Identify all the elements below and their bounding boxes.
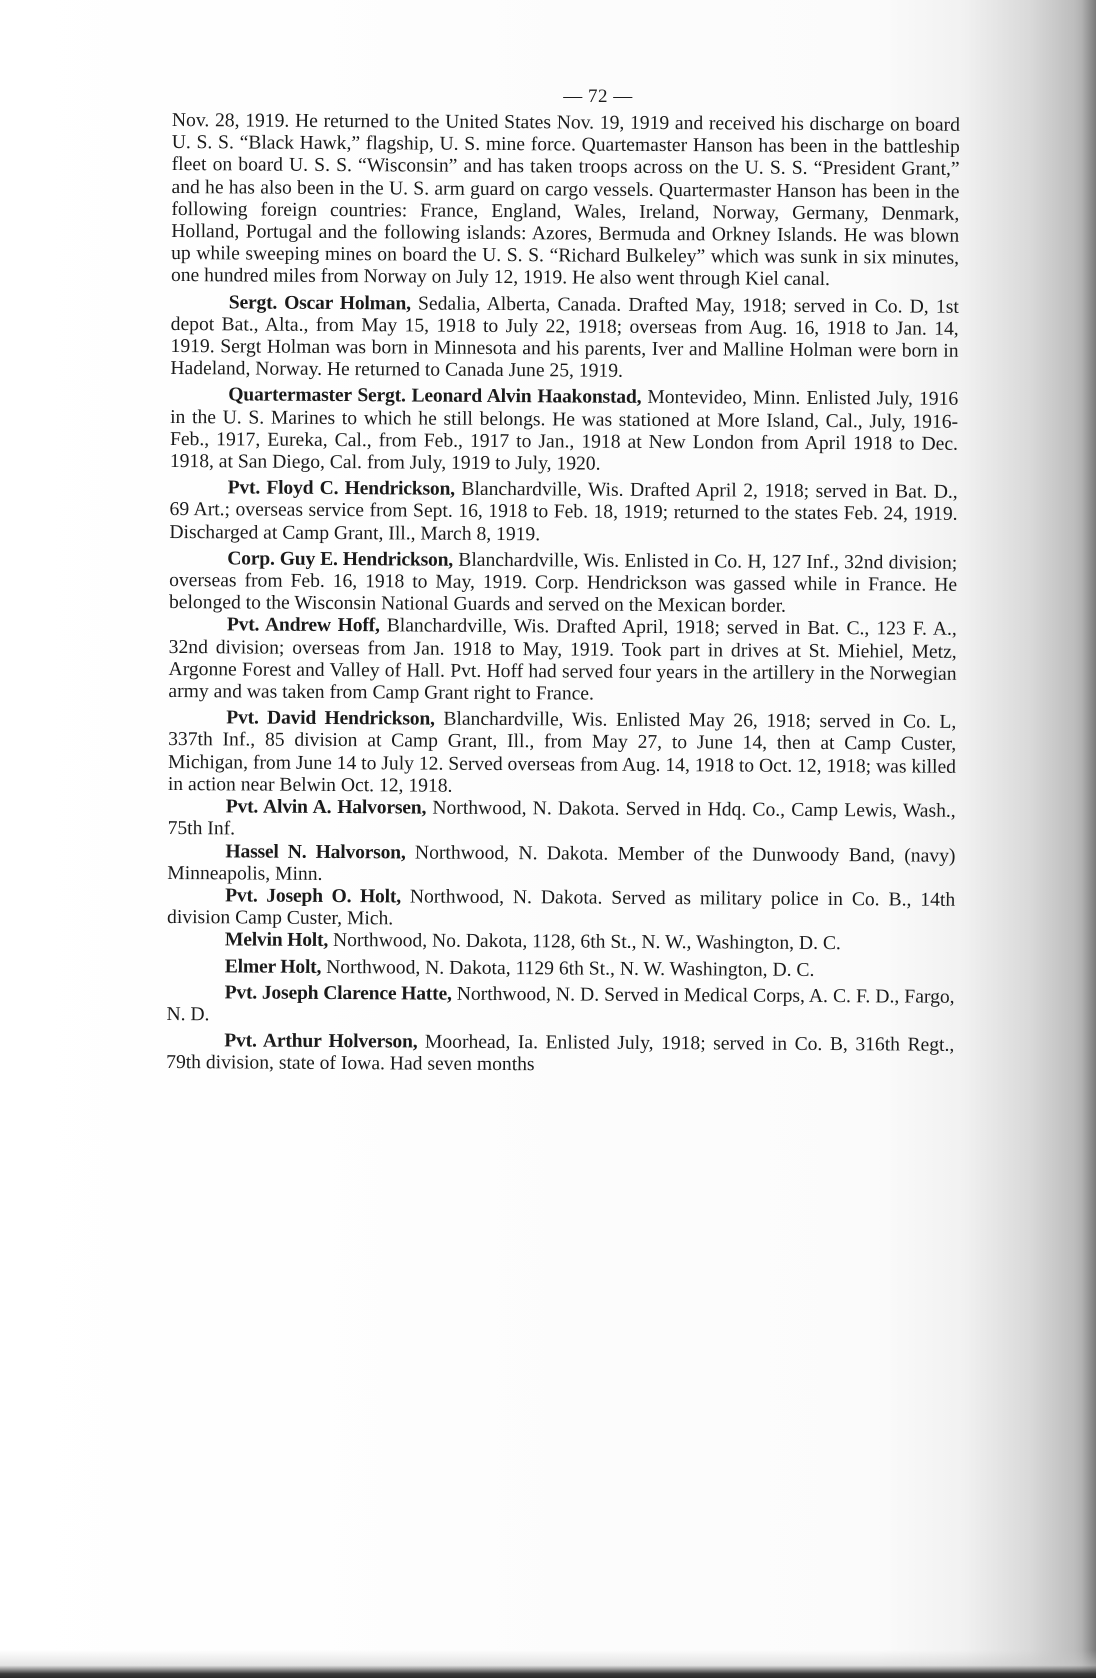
entry-guy-hendrickson: Corp. Guy E. Hendrickson, Blanchardville…: [169, 548, 957, 619]
entry-text: Northwood, No. Dakota, 1128, 6th St., N.…: [328, 930, 841, 954]
entry-name: Elmer Holt,: [225, 956, 322, 978]
page-bottom-edge-shadow: [0, 1650, 1096, 1678]
page-body: Nov. 28, 1919. He returned to the United…: [166, 110, 960, 1083]
entry-name: Pvt. Andrew Hoff,: [227, 615, 380, 637]
entry-name: Melvin Holt,: [225, 930, 328, 952]
entry-melvin-holt: Melvin Holt, Northwood, No. Dakota, 1128…: [167, 929, 955, 956]
page-right-edge-shadow: [1082, 0, 1096, 1678]
entry-name: Pvt. David Hendrickson,: [226, 708, 435, 730]
entry-name: Sergt. Oscar Holman,: [229, 292, 411, 314]
scanned-page: — 72 — Nov. 28, 1919. He returned to the…: [0, 0, 1096, 1678]
entry-hassel-halvorson: Hassel N. Halvorson, Northwood, N. Dakot…: [167, 840, 955, 889]
entry-name: Corp. Guy E. Hendrickson,: [227, 548, 453, 570]
entry-name: Quartermaster Sergt. Leonard Alvin Haako…: [228, 385, 641, 409]
entry-andrew-hoff: Pvt. Andrew Hoff, Blanchardville, Wis. D…: [168, 614, 957, 708]
entry-name: Pvt. Floyd C. Hendrickson,: [228, 478, 455, 500]
entry-name: Pvt. Joseph O. Holt,: [225, 885, 401, 907]
entry-floyd-hendrickson: Pvt. Floyd C. Hendrickson, Blanchardvill…: [169, 477, 957, 548]
entry-name: Pvt. Alvin A. Halvorsen,: [226, 796, 427, 818]
entry-elmer-holt: Elmer Holt, Northwood, N. Dakota, 1129 6…: [167, 955, 955, 982]
entry-joseph-hatte: Pvt. Joseph Clarence Hatte, Northwood, N…: [166, 982, 954, 1031]
entry-alvin-halvorsen: Pvt. Alvin A. Halvorsen, Northwood, N. D…: [168, 796, 956, 845]
entry-name: Hassel N. Halvorson,: [225, 841, 405, 863]
entry-oscar-holman: Sergt. Oscar Holman, Sedalia, Alberta, C…: [170, 292, 959, 386]
entry-arthur-holverson: Pvt. Arthur Holverson, Moorhead, Ia. Enl…: [166, 1030, 954, 1079]
continuation-paragraph: Nov. 28, 1919. He returned to the United…: [171, 110, 960, 292]
page-number: — 72 —: [50, 86, 1096, 108]
entry-david-hendrickson: Pvt. David Hendrickson, Blanchardville, …: [168, 707, 957, 801]
entry-name: Pvt. Joseph Clarence Hatte,: [225, 982, 452, 1004]
entry-name: Pvt. Arthur Holverson,: [224, 1030, 417, 1052]
entry-leonard-haakonstad: Quartermaster Sergt. Leonard Alvin Haako…: [170, 384, 959, 478]
entry-joseph-holt: Pvt. Joseph O. Holt, Northwood, N. Dakot…: [167, 885, 955, 934]
entry-text: Northwood, N. Dakota, 1129 6th St., N. W…: [321, 956, 814, 980]
